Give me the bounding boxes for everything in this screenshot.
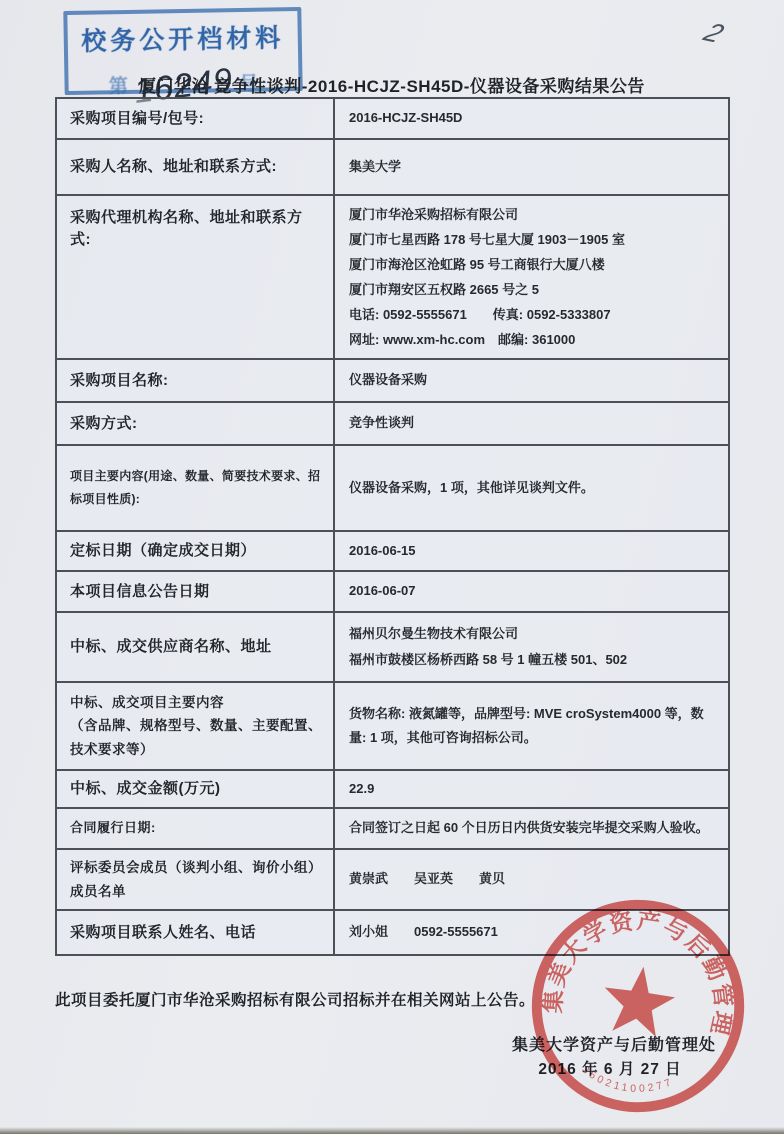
- table-row: 采购项目联系人姓名、电话 刘小姐 0592-5555671: [57, 911, 728, 954]
- row-label: 合同履行日期:: [57, 809, 335, 848]
- row-label: 中标、成交供应商名称、地址: [57, 613, 335, 681]
- table-row: 采购人名称、地址和联系方式: 集美大学: [57, 140, 728, 196]
- row-value: 2016-06-15: [335, 532, 728, 570]
- table-row: 项目主要内容(用途、数量、简要技术要求、招标项目性质): 仪器设备采购，1 项，…: [57, 446, 728, 532]
- row-value: 仪器设备采购: [335, 360, 728, 401]
- issuer-signature: 集美大学资产与后勤管理处: [506, 1032, 722, 1055]
- scanned-document-page: 校务公开档材料 第 16249 号 2 厦门华沧 竞争性谈判-2016-HCJZ…: [0, 0, 784, 1134]
- scan-edge-shadow: [0, 1127, 784, 1134]
- table-row: 中标、成交供应商名称、地址 福州贝尔曼生物技术有限公司 福州市鼓楼区杨桥西路 5…: [57, 613, 728, 683]
- row-value: 合同签订之日起 60 个日历日内供货安装完毕提交采购人验收。: [335, 809, 728, 848]
- row-label: 本项目信息公告日期: [57, 572, 335, 611]
- row-value: 刘小姐 0592-5555671: [335, 911, 728, 954]
- row-value: 集美大学: [335, 140, 728, 194]
- row-label: 定标日期（确定成交日期）: [57, 532, 335, 570]
- table-row: 采购代理机构名称、地址和联系方式: 厦门市华沧采购招标有限公司 厦门市七星西路 …: [57, 196, 728, 360]
- row-value: 2016-HCJZ-SH45D: [335, 99, 728, 138]
- row-label: 采购项目名称:: [57, 360, 335, 401]
- row-value: 厦门市华沧采购招标有限公司 厦门市七星西路 178 号七星大厦 1903－190…: [335, 196, 728, 358]
- row-value: 竞争性谈判: [335, 403, 728, 444]
- row-value: 福州贝尔曼生物技术有限公司 福州市鼓楼区杨桥西路 58 号 1 幢五楼 501、…: [335, 613, 728, 681]
- table-row: 采购项目编号/包号: 2016-HCJZ-SH45D: [57, 99, 728, 140]
- table-row: 中标、成交金额(万元) 22.9: [57, 771, 728, 809]
- blue-stamp-text: 校务公开档材料: [67, 18, 298, 58]
- row-value: 仪器设备采购，1 项，其他详见谈判文件。: [335, 446, 728, 530]
- procurement-result-table: 采购项目编号/包号: 2016-HCJZ-SH45D 采购人名称、地址和联系方式…: [55, 97, 730, 956]
- issue-date: 2016 年 6 月 27 日: [530, 1057, 690, 1079]
- table-row: 本项目信息公告日期 2016-06-07: [57, 572, 728, 613]
- row-label: 中标、成交金额(万元): [57, 771, 335, 807]
- row-label: 采购方式:: [57, 403, 335, 444]
- row-label: 采购人名称、地址和联系方式:: [57, 140, 335, 194]
- row-label: 项目主要内容(用途、数量、简要技术要求、招标项目性质):: [57, 446, 335, 530]
- table-row: 定标日期（确定成交日期） 2016-06-15: [57, 532, 728, 572]
- row-label: 采购项目编号/包号:: [57, 99, 335, 138]
- row-value: 2016-06-07: [335, 572, 728, 611]
- delegation-note: 此项目委托厦门市华沧采购招标有限公司招标并在相关网站上公告。: [55, 988, 535, 1010]
- document-title: 厦门华沧 竞争性谈判-2016-HCJZ-SH45D-仪器设备采购结果公告: [0, 72, 784, 97]
- table-row: 合同履行日期: 合同签订之日起 60 个日历日内供货安装完毕提交采购人验收。: [57, 809, 728, 850]
- row-label: 中标、成交项目主要内容 （含品牌、规格型号、数量、主要配置、技术要求等）: [57, 683, 335, 769]
- row-value: 22.9: [335, 771, 728, 807]
- table-row: 评标委员会成员（谈判小组、询价小组） 成员名单 黄崇武 吴亚英 黄贝: [57, 850, 728, 911]
- table-row: 中标、成交项目主要内容 （含品牌、规格型号、数量、主要配置、技术要求等） 货物名…: [57, 683, 728, 771]
- handwritten-page-number: 2: [698, 18, 729, 49]
- row-label: 采购代理机构名称、地址和联系方式:: [57, 196, 335, 358]
- row-value: 黄崇武 吴亚英 黄贝: [335, 850, 728, 909]
- seal-star-icon: [599, 962, 679, 1039]
- row-label: 采购项目联系人姓名、电话: [57, 911, 335, 954]
- row-value: 货物名称: 液氮罐等，品牌型号: MVE croSystem4000 等，数量:…: [335, 683, 728, 769]
- table-row: 采购项目名称: 仪器设备采购: [57, 360, 728, 403]
- row-label: 评标委员会成员（谈判小组、询价小组） 成员名单: [57, 850, 335, 909]
- table-row: 采购方式: 竞争性谈判: [57, 403, 728, 446]
